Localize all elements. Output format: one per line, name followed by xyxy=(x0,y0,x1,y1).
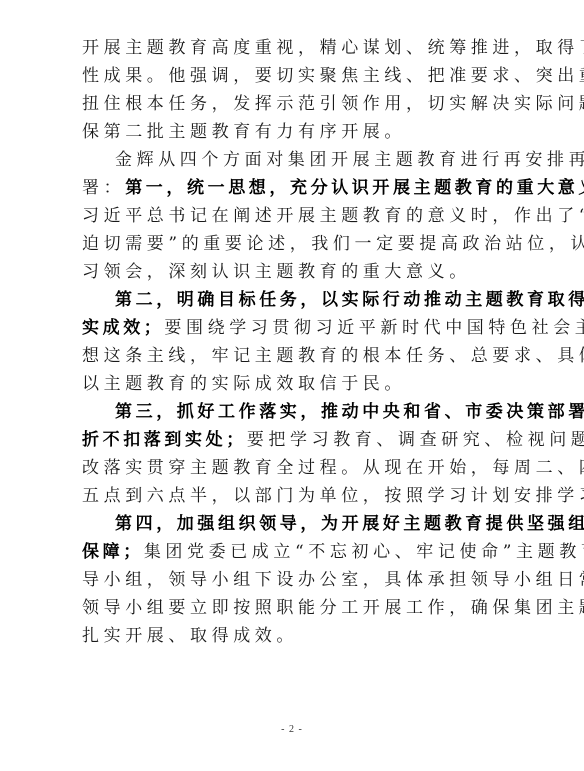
bold-heading-text: 实成效； xyxy=(82,318,164,338)
text-line: 金辉从四个方面对集团开展主题教育进行再安排再部 xyxy=(82,146,498,174)
plain-text: 署： xyxy=(82,178,125,198)
text-line: 领导小组要立即按照职能分工开展工作，确保集团主题教育 xyxy=(82,594,498,622)
text-line: 开展主题教育高度重视，精心谋划、统筹推进，取得了阶段 xyxy=(82,34,498,62)
text-line: 第四，加强组织领导，为开展好主题教育提供坚强组织 xyxy=(82,510,498,538)
text-line: 扭住根本任务，发挥示范引领作用，切实解决实际问题，确 xyxy=(82,90,498,118)
text-line: 性成果。他强调，要切实聚焦主线、把准要求、突出重点， xyxy=(82,62,498,90)
document-page: 开展主题教育高度重视，精心谋划、统筹推进，取得了阶段 性成果。他强调，要切实聚焦… xyxy=(0,0,584,771)
text-line: 想这条主线，牢记主题教育的根本任务、总要求、具体目标， xyxy=(82,342,498,370)
bold-heading-text: 第三，抓好工作落实，推动中央和省、市委决策部署不 xyxy=(115,402,584,422)
bold-heading-text: 第四，加强组织领导，为开展好主题教育提供坚强组织 xyxy=(115,514,584,534)
text-line: 习领会，深刻认识主题教育的重大意义。 xyxy=(82,258,498,286)
bold-heading-text: 保障； xyxy=(82,542,144,562)
text-line: 第三，抓好工作落实，推动中央和省、市委决策部署不 xyxy=(82,398,498,426)
text-line: 署：第一，统一思想，充分认识开展主题教育的重大意义。 xyxy=(82,174,498,202)
text-line: 折不扣落到实处；要把学习教育、调查研究、检视问题、整 xyxy=(82,426,498,454)
plain-text: 集团党委已成立“不忘初心、牢记使命”主题教育领 xyxy=(144,542,584,562)
bold-heading-text: 第二，明确目标任务，以实际行动推动主题教育取得扎 xyxy=(115,290,584,310)
text-line: 习近平总书记在阐述开展主题教育的意义时，作出了“四个 xyxy=(82,202,498,230)
paragraph-2: 金辉从四个方面对集团开展主题教育进行再安排再部 署：第一，统一思想，充分认识开展… xyxy=(82,146,498,286)
plain-text: 要把学习教育、调查研究、检视问题、整 xyxy=(247,430,584,450)
bold-heading-text: 第一，统一思想，充分认识开展主题教育的重大意义。 xyxy=(125,178,584,198)
plain-text: 要围绕学习贯彻习近平新时代中国特色社会主义思 xyxy=(164,318,584,338)
text-line: 保障；集团党委已成立“不忘初心、牢记使命”主题教育领 xyxy=(82,538,498,566)
text-line: 以主题教育的实际成效取信于民。 xyxy=(82,370,498,398)
bold-heading-text: 折不扣落到实处； xyxy=(82,430,247,450)
page-number: - 2 - xyxy=(0,724,584,735)
paragraph-1: 开展主题教育高度重视，精心谋划、统筹推进，取得了阶段 性成果。他强调，要切实聚焦… xyxy=(82,34,498,146)
text-line: 实成效；要围绕学习贯彻习近平新时代中国特色社会主义思 xyxy=(82,314,498,342)
text-line: 导小组，领导小组下设办公室，具体承担领导小组日常工作。 xyxy=(82,566,498,594)
text-line: 保第二批主题教育有力有序开展。 xyxy=(82,118,498,146)
text-line: 扎实开展、取得成效。 xyxy=(82,622,498,650)
text-line: 第二，明确目标任务，以实际行动推动主题教育取得扎 xyxy=(82,286,498,314)
text-line: 改落实贯穿主题教育全过程。从现在开始，每周二、四下午 xyxy=(82,454,498,482)
paragraph-3: 第二，明确目标任务，以实际行动推动主题教育取得扎 实成效；要围绕学习贯彻习近平新… xyxy=(82,286,498,398)
document-body: 开展主题教育高度重视，精心谋划、统筹推进，取得了阶段 性成果。他强调，要切实聚焦… xyxy=(82,34,498,650)
paragraph-4: 第三，抓好工作落实，推动中央和省、市委决策部署不 折不扣落到实处；要把学习教育、… xyxy=(82,398,498,510)
text-line: 五点到六点半，以部门为单位，按照学习计划安排学习。 xyxy=(82,482,498,510)
text-line: 迫切需要”的重要论述，我们一定要提高政治站位，认真学 xyxy=(82,230,498,258)
paragraph-5: 第四，加强组织领导，为开展好主题教育提供坚强组织 保障；集团党委已成立“不忘初心… xyxy=(82,510,498,650)
